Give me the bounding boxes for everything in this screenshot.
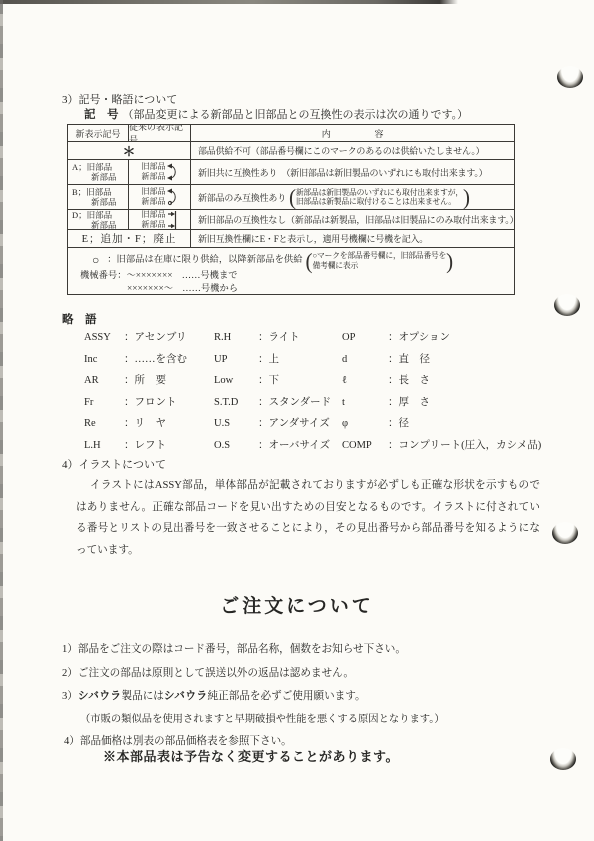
ryakugo-line: 略 語 xyxy=(62,311,101,327)
abbr-item: Fr：フロント xyxy=(84,394,214,416)
table-row-star: ＊ 部品供給不可（部品番号欄にこのマークのあるのは供給いたしません。） xyxy=(68,142,514,160)
section4-body: イラストにはASSY部品，単体部品が記載されておりますが必ずしも正確な形状を示す… xyxy=(76,475,540,561)
code-d-cell: D；旧部品 新部品 xyxy=(68,210,129,229)
scan-artifact-left-strip xyxy=(0,0,3,841)
asterisk-icon: ＊ xyxy=(122,142,135,159)
desc-b: 新部品のみ互換性あり ( 新部品は新旧製品のいずれにも取付出来ますが， 旧部品は… xyxy=(191,185,514,209)
order-heading: ご注文について xyxy=(0,591,594,618)
legacy-b-cell: 旧部品 新部品 xyxy=(129,185,191,209)
supply-paren-line1: ○マークを部品番号欄に，旧部品番号を xyxy=(313,251,447,261)
code-a-line1: A；旧部品 xyxy=(72,162,112,172)
kigo-line: 記 号（部品変更による新部品と旧部品との互換性の表示は次の通りです。） xyxy=(84,106,468,122)
interchange-both-icon xyxy=(167,161,178,183)
abbr-item: UP：上 xyxy=(214,351,342,373)
supply-desc: ：旧部品は在庫に限り供給，以降新部品を供給 xyxy=(107,254,302,267)
abbr-item: ASSY：アセンブリ xyxy=(84,329,214,351)
table-header-row: 新表示記号 従来の表示記号 内 容 xyxy=(68,125,514,142)
supply-paren-line2: 備考欄に表示 xyxy=(313,261,447,271)
order-item-3-tail: 純正部品を必ずご使用願います。 xyxy=(208,691,366,702)
code-b-line1: B；旧部品 xyxy=(72,187,112,197)
table-row-d: D；旧部品 新部品 旧部品 新部品 新旧部品の互換性なし（新部品は新製品，旧部品 xyxy=(68,210,514,230)
code-a-cell: A；旧部品 新部品 xyxy=(68,160,129,184)
desc-d: 新旧部品の互換性なし（新部品は新製品，旧部品は旧製品にのみ取付出来ます。） xyxy=(191,210,514,229)
abbr-item: d：直 径 xyxy=(342,351,556,373)
order-footnote: ※本部品表は予告なく変更することがあります。 xyxy=(103,746,399,765)
code-d-line2: 新部品 xyxy=(91,220,117,230)
machine-number-line2: ×××××××～ ……号機から xyxy=(127,283,508,296)
shibaura-logo-text: シバウラ xyxy=(78,690,122,702)
abbr-item: t：厚 さ xyxy=(342,394,556,416)
header-old-symbol: 従来の表示記号 xyxy=(129,125,191,141)
punch-hole-icon xyxy=(554,294,580,316)
scanned-document-page: 3）記号・略語について 記 号（部品変更による新部品と旧部品との互換性の表示は次… xyxy=(0,0,594,841)
code-b-cell: B；旧部品 新部品 xyxy=(68,185,129,209)
scan-artifact-top-band xyxy=(0,0,458,4)
order-item-3: 3）シバウラ製品にはシバウラ純正部品を必ずご使用願います。 xyxy=(62,688,366,703)
order-item-3-sub: （市販の類似品を使用されますと早期破損や性能を悪くする原因となります。） xyxy=(80,710,445,725)
desc-a: 新旧共に互換性あり （新旧部品は新旧製品のいずれにも取付出来ます。） xyxy=(191,160,514,184)
desc-b-paren-line1: 新部品は新旧製品のいずれにも取付出来ますが， xyxy=(296,188,463,198)
star-desc: 部品供給不可（部品番号欄にこのマークのあるのは供給いたしません。） xyxy=(191,142,514,159)
section3-heading: 3）記号・略語について xyxy=(62,91,177,107)
kigo-note: （部品変更による新部品と旧部品との互換性の表示は次の通りです。） xyxy=(123,109,469,121)
circle-mark-icon: ○ xyxy=(92,254,99,267)
abbr-item: S.T.D：スタンダード xyxy=(214,394,342,416)
abbr-item: φ：径 xyxy=(342,415,556,437)
symbol-table: 新表示記号 従来の表示記号 内 容 ＊ 部品供給不可（部品番号欄にこのマークのあ… xyxy=(67,124,515,295)
table-row-a: A；旧部品 新部品 旧部品 新部品 新旧共に互換性あり （新旧部品は新旧製品のい xyxy=(68,160,514,185)
abbr-item: AR：所 要 xyxy=(84,372,214,394)
order-item-1: 1）部品をご注文の際はコード番号，部品名称，個数をお知らせ下さい。 xyxy=(62,641,406,656)
ryakugo-title: 略 語 xyxy=(62,314,97,326)
table-row-b: B；旧部品 新部品 旧部品 新部品 新部品のみ互換性あり xyxy=(68,185,514,210)
desc-b-paren: ( 新部品は新旧製品のいずれにも取付出来ますが， 旧部品は新製品に取付けることは… xyxy=(289,188,470,207)
code-a-line2: 新部品 xyxy=(91,172,117,182)
abbr-item: O.S：オーバサイズ xyxy=(214,437,342,459)
supply-paren: ( ○マークを部品番号欄に，旧部品番号を 備考欄に表示 ) xyxy=(306,251,454,270)
code-ef-cell: E；追加・F；廃止 xyxy=(68,230,191,247)
legacy-d-new: 新部品 xyxy=(142,220,166,230)
legacy-d-cell: 旧部品 新部品 xyxy=(129,210,191,229)
machine-number-line1: 機械番号：～××××××× ……号機まで xyxy=(80,270,508,283)
interchange-new-only-icon xyxy=(167,186,178,208)
order-item-3-number: 3） xyxy=(62,691,78,702)
code-d-line1: D；旧部品 xyxy=(72,210,112,220)
punch-hole-icon xyxy=(550,748,576,770)
legacy-a-new: 新部品 xyxy=(142,172,166,182)
punch-hole-icon xyxy=(552,522,578,544)
legacy-b-old: 旧部品 xyxy=(142,187,166,197)
abbreviation-list: ASSY：アセンブリ Inc：……を含む AR：所 要 Fr：フロント Re：リ… xyxy=(84,329,556,458)
desc-b-paren-line2: 旧部品は新製品に取付けることは出来ません。 xyxy=(296,197,463,207)
legacy-d-old: 旧部品 xyxy=(142,210,166,220)
star-symbol-cell: ＊ xyxy=(68,142,191,159)
desc-ef: 新旧互換性欄にE・Fと表示し，適用号機欄に号機を記入。 xyxy=(191,230,514,247)
abbr-item: OP：オプション xyxy=(342,329,556,351)
table-row-ef: E；追加・F；廃止 新旧互換性欄にE・Fと表示し，適用号機欄に号機を記入。 xyxy=(68,230,514,248)
header-content: 内 容 xyxy=(191,125,514,141)
order-item-2: 2）ご注文の部品は原則として誤送以外の返品は認めません。 xyxy=(62,665,354,680)
legacy-a-old: 旧部品 xyxy=(142,162,166,172)
abbr-item: Inc：……を含む xyxy=(84,351,214,373)
abbr-item: L.H：レフト xyxy=(84,437,214,459)
header-new-symbol: 新表示記号 xyxy=(68,125,129,141)
section4-heading: 4）イラストについて xyxy=(62,456,166,472)
desc-b-main: 新部品のみ互換性あり xyxy=(198,191,286,204)
kigo-title: 記 号 xyxy=(84,109,119,121)
code-b-line2: 新部品 xyxy=(91,197,117,207)
punch-hole-icon xyxy=(557,66,583,88)
abbr-item: U.S：アンダサイズ xyxy=(214,415,342,437)
order-item-3-mid: 製品には xyxy=(122,691,164,702)
abbr-item: ℓ：長 さ xyxy=(342,372,556,394)
no-interchange-icon xyxy=(167,210,178,229)
abbr-item: Re：リ ヤ xyxy=(84,415,214,437)
legacy-b-new: 新部品 xyxy=(142,197,166,207)
abbr-item: R.H：ライト xyxy=(214,329,342,351)
supply-cell: ○ ：旧部品は在庫に限り供給，以降新部品を供給 ( ○マークを部品番号欄に，旧部… xyxy=(68,248,514,294)
abbr-item: Low：下 xyxy=(214,372,342,394)
shibaura-logo-text: シバウラ xyxy=(164,690,208,702)
abbr-item: COMP：コンプリート(圧入，カシメ品) xyxy=(342,437,556,459)
legacy-a-cell: 旧部品 新部品 xyxy=(129,160,191,184)
table-row-supply: ○ ：旧部品は在庫に限り供給，以降新部品を供給 ( ○マークを部品番号欄に，旧部… xyxy=(68,248,514,294)
